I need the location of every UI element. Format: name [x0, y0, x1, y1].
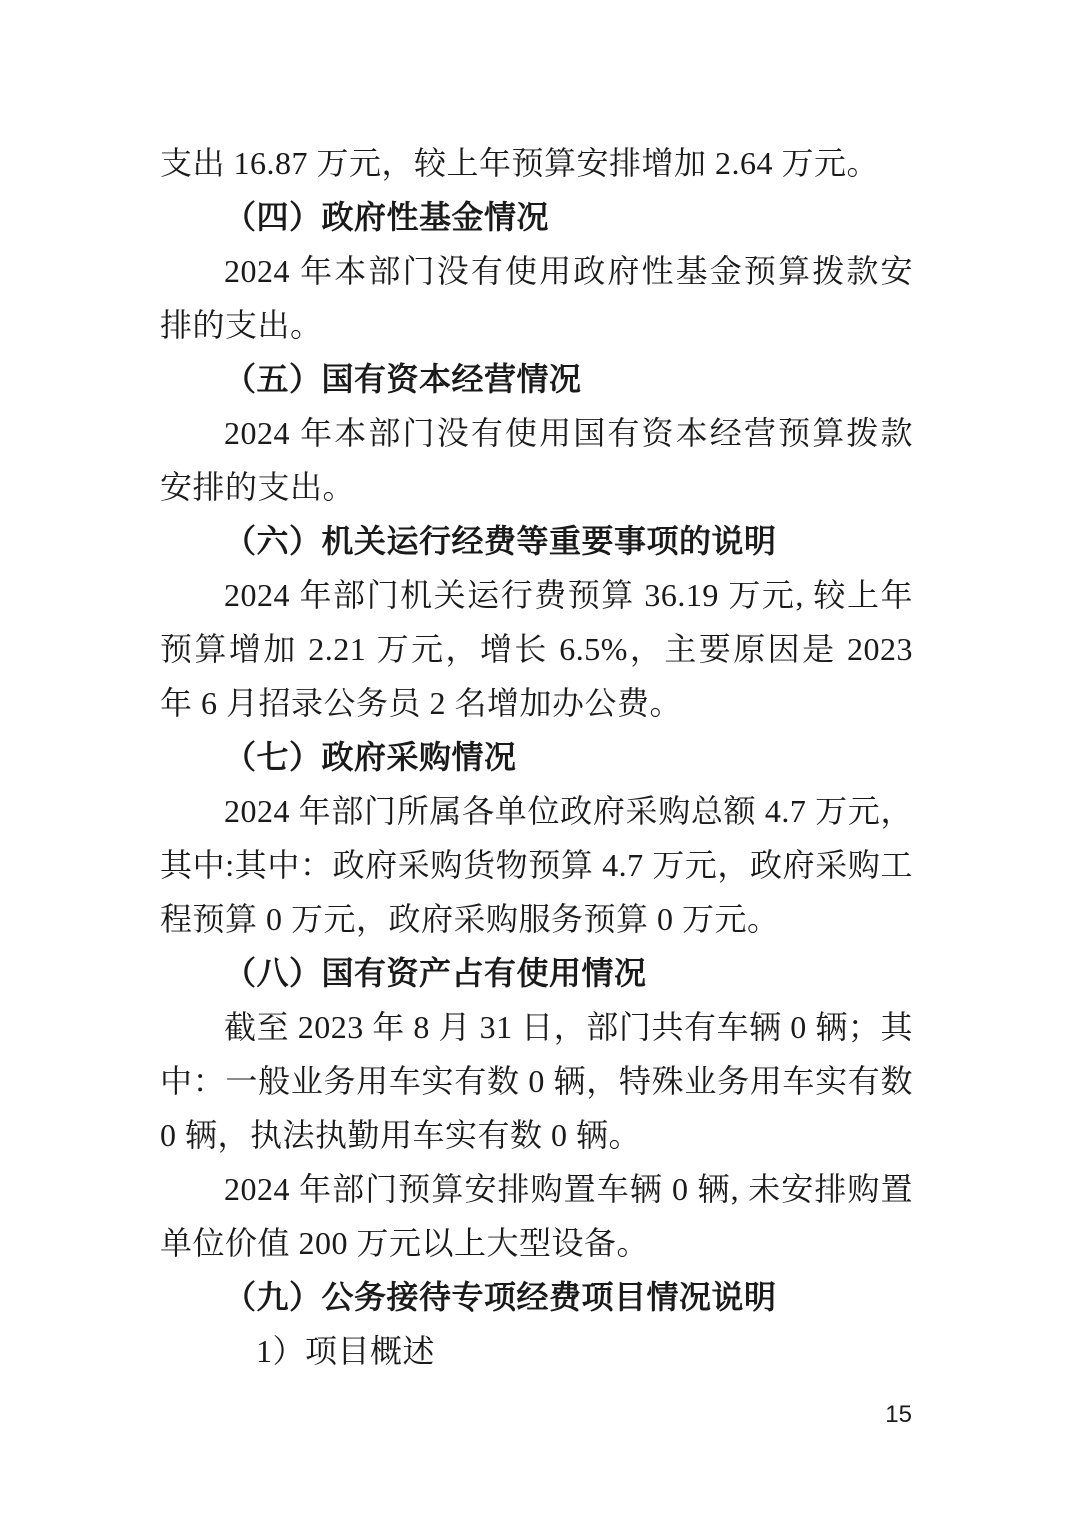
section-heading-6-operating-costs: （六）机关运行经费等重要事项的说明	[160, 514, 913, 568]
list-item-project-overview: 1）项目概述	[160, 1324, 913, 1378]
paragraph-continuation: 支出 16.87 万元，较上年预算安排增加 2.64 万元。	[160, 136, 913, 190]
section-heading-4-gov-funds: （四）政府性基金情况	[160, 190, 913, 244]
paragraph-state-capital: 2024 年本部门没有使用国有资本经营预算拨款安排的支出。	[160, 406, 913, 514]
document-body: 支出 16.87 万元，较上年预算安排增加 2.64 万元。 （四）政府性基金情…	[160, 136, 913, 1378]
section-heading-5-state-capital: （五）国有资本经营情况	[160, 352, 913, 406]
paragraph-vehicles: 截至 2023 年 8 月 31 日，部门共有车辆 0 辆；其中：一般业务用车实…	[160, 1000, 913, 1162]
paragraph-procurement: 2024 年部门所属各单位政府采购总额 4.7 万元，其中:其中：政府采购货物预…	[160, 784, 913, 946]
section-heading-7-procurement: （七）政府采购情况	[160, 730, 913, 784]
document-page: 支出 16.87 万元，较上年预算安排增加 2.64 万元。 （四）政府性基金情…	[0, 0, 1074, 1520]
paragraph-gov-funds: 2024 年本部门没有使用政府性基金预算拨款安排的支出。	[160, 244, 913, 352]
section-heading-9-reception-funds: （九）公务接待专项经费项目情况说明	[160, 1270, 913, 1324]
paragraph-equipment: 2024 年部门预算安排购置车辆 0 辆, 未安排购置单位价值 200 万元以上…	[160, 1162, 913, 1270]
page-number: 15	[885, 1400, 912, 1430]
paragraph-operating-costs: 2024 年部门机关运行费预算 36.19 万元, 较上年预算增加 2.21 万…	[160, 568, 913, 730]
section-heading-8-state-assets: （八）国有资产占有使用情况	[160, 946, 913, 1000]
